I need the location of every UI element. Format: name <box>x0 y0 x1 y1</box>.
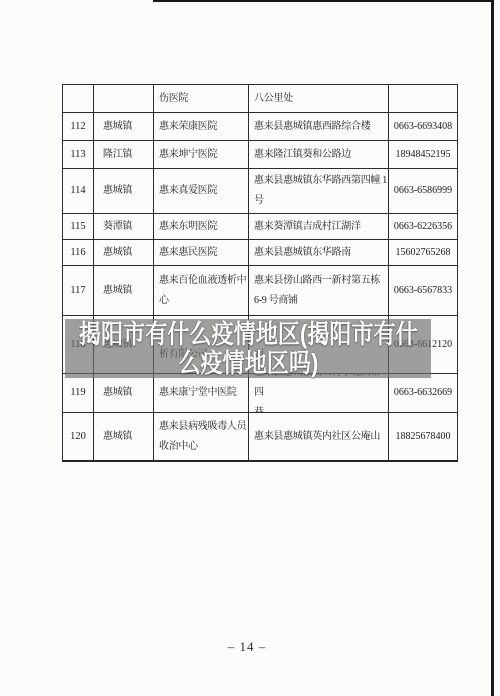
cell-town: 惠城镇 <box>94 374 154 413</box>
cell-address: 惠来县惠城镇英内社区公庵山 <box>249 413 389 462</box>
cell-phone: 0663-6693408 <box>389 113 458 141</box>
cell-hospital: 惠来康宁堂中医院 <box>154 374 249 413</box>
scan-edge-top-line <box>153 0 493 2</box>
cell-address: 惠来葵潭镇吉成村江湖洋 <box>249 214 389 240</box>
cell-no: 114 <box>63 169 94 214</box>
cell-phone: 0663-6586999 <box>389 169 458 214</box>
page-number: – 14 – <box>62 639 432 655</box>
table-row: 120惠城镇惠来县病残吸毒人员 收治中心惠来县惠城镇英内社区公庵山1882567… <box>63 413 458 462</box>
table-row: 113隆江镇惠来坤宁医院惠来隆江镇葵和公路边18948452195 <box>63 141 458 169</box>
scan-edge-right-line <box>491 0 494 696</box>
table-row: 112惠城镇惠来荣康医院惠来县惠城镇惠西路综合楼0663-6693408 <box>63 113 458 141</box>
cell-hospital: 惠来东明医院 <box>154 214 249 240</box>
cell-town: 惠城镇 <box>94 240 154 266</box>
cell-phone: 0663-6632669 <box>389 374 458 413</box>
hospital-table: 伤医院八公里处112惠城镇惠来荣康医院惠来县惠城镇惠西路综合楼0663-6693… <box>62 84 458 462</box>
cell-town <box>94 85 154 113</box>
headline-line1: 揭阳市有什么疫情地区(揭阳市有什 <box>79 320 418 349</box>
cell-hospital: 惠来县病残吸毒人员 收治中心 <box>154 413 249 462</box>
cell-no <box>63 85 94 113</box>
cell-address: 惠来隆江镇葵和公路边 <box>249 141 389 169</box>
cell-phone: 0663-6226356 <box>389 214 458 240</box>
table-row: 115葵潭镇惠来东明医院惠来葵潭镇吉成村江湖洋0663-6226356 <box>63 214 458 240</box>
cell-hospital: 惠来荣康医院 <box>154 113 249 141</box>
table-row: 伤医院八公里处 <box>63 85 458 113</box>
cell-phone <box>389 85 458 113</box>
table-row: 116惠城镇惠来惠民医院惠来县惠城镇东华路南15602765268 <box>63 240 458 266</box>
cell-town: 惠城镇 <box>94 169 154 214</box>
cell-no: 115 <box>63 214 94 240</box>
table-row: 117惠城镇惠来百伦血液透析中 心惠来县傍山路西一新村第五栋 6-9 号商铺06… <box>63 266 458 316</box>
table-row: 114惠城镇惠来真爱医院惠来县惠城镇东华路西第四幢 1 号0663-658699… <box>63 169 458 214</box>
cell-hospital: 惠来百伦血液透析中 心 <box>154 266 249 316</box>
cell-phone: 18825678400 <box>389 413 458 462</box>
cell-phone: 18948452195 <box>389 141 458 169</box>
cell-address: 惠来县惠城镇东华路南 <box>249 240 389 266</box>
cell-town: 隆江镇 <box>94 141 154 169</box>
scanned-document-page: { "page": { "number_label": "– 14 –", "b… <box>0 0 500 696</box>
cell-hospital: 惠来惠民医院 <box>154 240 249 266</box>
hospital-table-body: 伤医院八公里处112惠城镇惠来荣康医院惠来县惠城镇惠西路综合楼0663-6693… <box>63 85 458 462</box>
cell-hospital: 惠来坤宁医院 <box>154 141 249 169</box>
cell-town: 葵潭镇 <box>94 214 154 240</box>
cell-town: 惠城镇 <box>94 113 154 141</box>
cell-address: 惠来县惠城镇西三村小北园第四 巷 <box>249 374 389 413</box>
cell-no: 112 <box>63 113 94 141</box>
cell-no: 117 <box>63 266 94 316</box>
cell-hospital: 伤医院 <box>154 85 249 113</box>
cell-no: 116 <box>63 240 94 266</box>
cell-phone: 15602765268 <box>389 240 458 266</box>
cell-no: 119 <box>63 374 94 413</box>
cell-town: 惠城镇 <box>94 413 154 462</box>
headline-overlay: 揭阳市有什么疫情地区(揭阳市有什 么疫情地区吗) <box>65 319 431 378</box>
cell-town: 惠城镇 <box>94 266 154 316</box>
cell-address: 八公里处 <box>249 85 389 113</box>
headline-line2: 么疫情地区吗) <box>178 349 318 378</box>
cell-hospital: 惠来真爱医院 <box>154 169 249 214</box>
cell-address: 惠来县惠城镇惠西路综合楼 <box>249 113 389 141</box>
cell-address: 惠来县傍山路西一新村第五栋 6-9 号商铺 <box>249 266 389 316</box>
table-row: 119惠城镇惠来康宁堂中医院惠来县惠城镇西三村小北园第四 巷0663-66326… <box>63 374 458 413</box>
cell-no: 113 <box>63 141 94 169</box>
cell-address: 惠来县惠城镇东华路西第四幢 1 号 <box>249 169 389 214</box>
cell-phone: 0663-6567833 <box>389 266 458 316</box>
cell-no: 120 <box>63 413 94 462</box>
